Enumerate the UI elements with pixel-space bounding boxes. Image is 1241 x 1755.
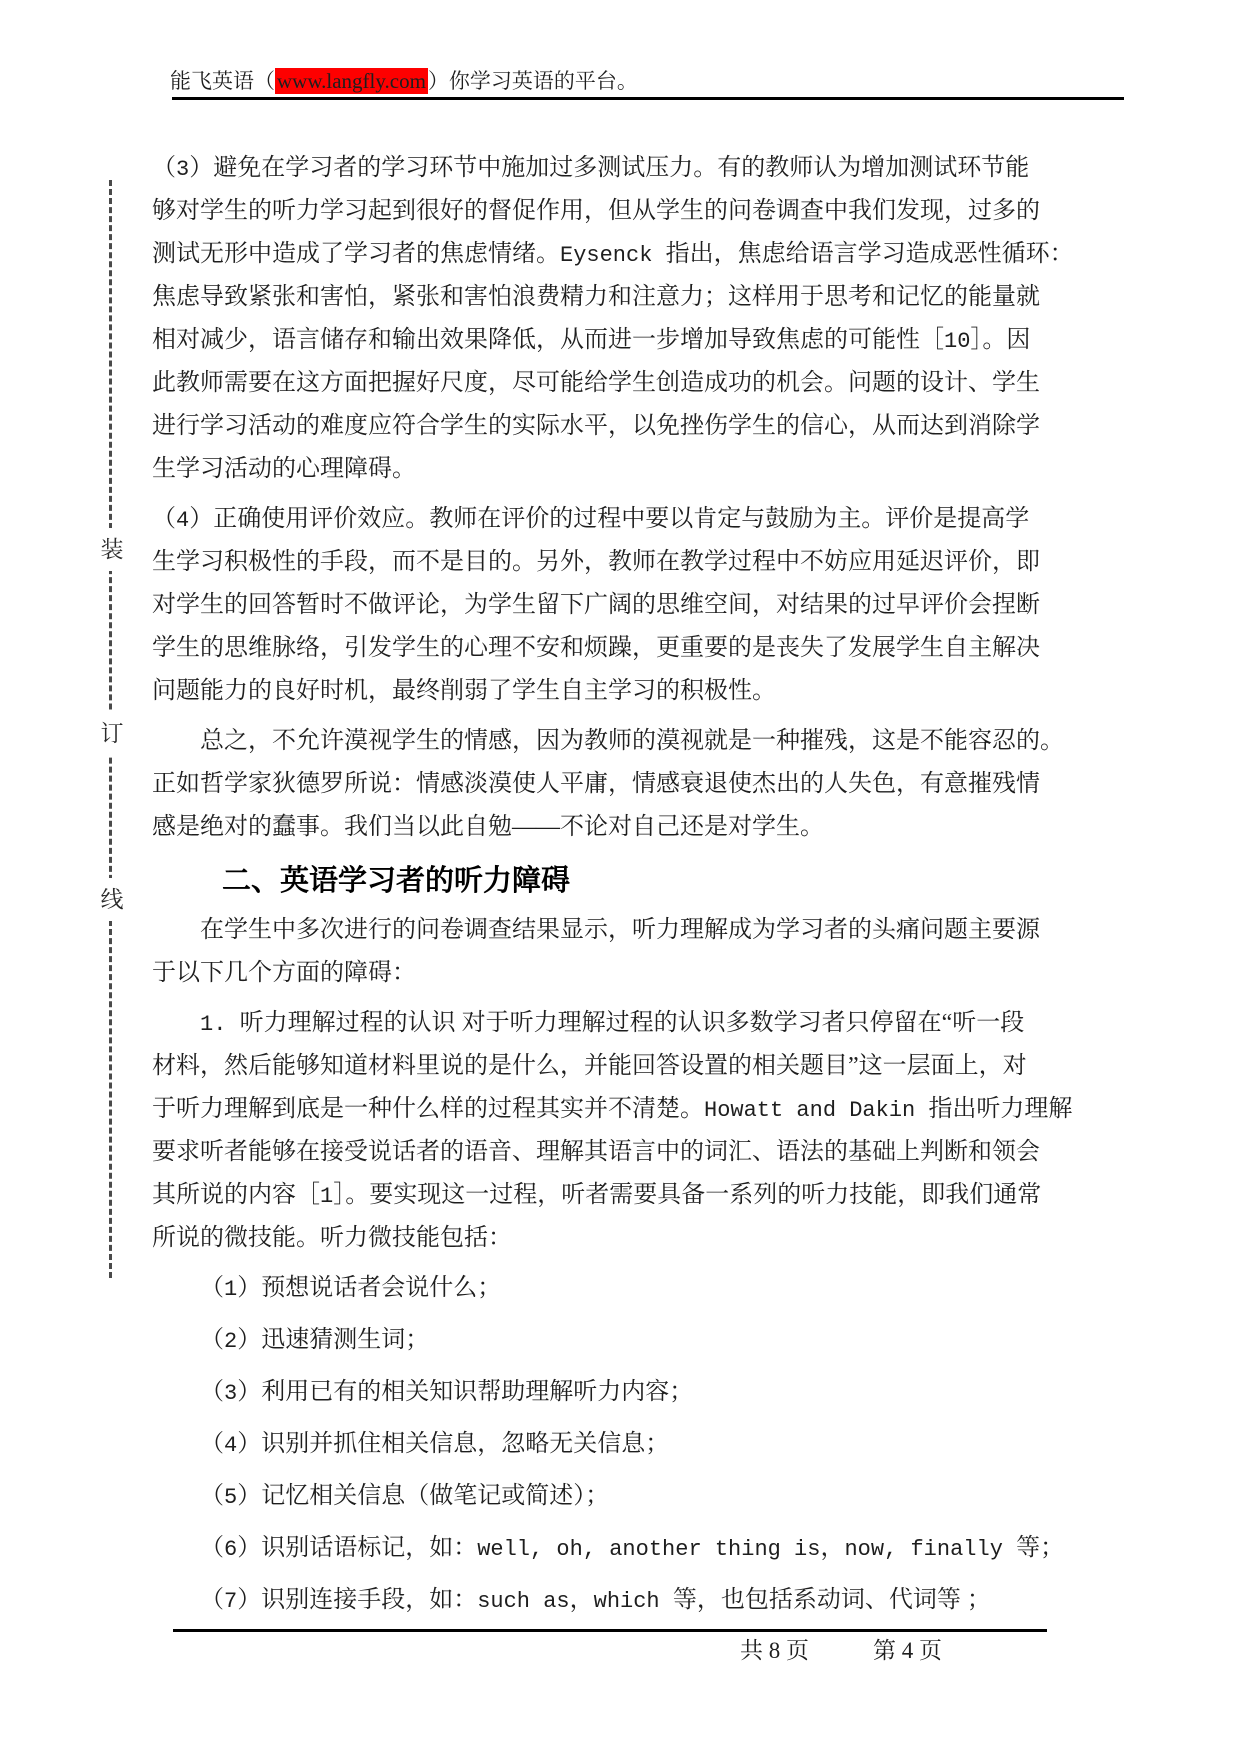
text-line: （4）正确使用评价效应。教师在评价的过程中要以肯定与鼓励为主。评价是提高学	[152, 498, 1052, 541]
list-item: （3）利用已有的相关知识帮助理解听力内容；	[152, 1371, 1052, 1414]
text-line: （3）利用已有的相关知识帮助理解听力内容；	[152, 1371, 1052, 1414]
text-line: 生学习积极性的手段，而不是目的。另外，教师在教学过程中不妨应用延迟评价，即	[152, 541, 1052, 584]
text-line: （2）迅速猜测生词；	[152, 1319, 1052, 1362]
paragraph: 总之，不允许漠视学生的情感，因为教师的漠视就是一种摧残，这是不能容忍的。正如哲学…	[152, 720, 1052, 849]
text-line: 于听力理解到底是一种什么样的过程其实并不清楚。Howatt and Dakin …	[152, 1088, 1052, 1131]
text-line: 在学生中多次进行的问卷调查结果显示，听力理解成为学习者的头痛问题主要源	[152, 909, 1052, 952]
page-header: 能飞英语（www.langfly.com）你学习英语的平台。	[170, 68, 638, 94]
list-item: （2）迅速猜测生词；	[152, 1319, 1052, 1362]
current-page-label: 第 4 页	[873, 1636, 942, 1666]
text-line: 正如哲学家狄德罗所说：情感淡漠使人平庸，情感衰退使杰出的人失色，有意摧残情	[152, 763, 1052, 806]
text-line: 生学习活动的心理障碍。	[152, 448, 1052, 491]
total-pages-label: 共 8 页	[740, 1636, 809, 1666]
document-page: 能飞英语（www.langfly.com）你学习英语的平台。 装 订 线 （3）…	[0, 0, 1241, 1755]
footer-rule	[173, 1629, 1047, 1632]
paragraph: （4）正确使用评价效应。教师在评价的过程中要以肯定与鼓励为主。评价是提高学生学习…	[152, 498, 1052, 713]
paragraph: 1. 听力理解过程的认识 对于听力理解过程的认识多数学习者只停留在“听一段材料，…	[152, 1002, 1052, 1260]
header-text-prefix: 能飞英语（	[170, 69, 275, 93]
text-line: 总之，不允许漠视学生的情感，因为教师的漠视就是一种摧残，这是不能容忍的。	[152, 720, 1052, 763]
text-line: 感是绝对的蠢事。我们当以此自勉——不论对自己还是对学生。	[152, 806, 1052, 849]
text-line: （5）记忆相关信息（做笔记或简述）；	[152, 1475, 1052, 1518]
text-line: 材料，然后能够知道材料里说的是什么，并能回答设置的相关题目”这一层面上，对	[152, 1045, 1052, 1088]
text-line: 要求听者能够在接受说话者的语音、理解其语言中的词汇、语法的基础上判断和领会	[152, 1131, 1052, 1174]
text-line: （1）预想说话者会说什么；	[152, 1267, 1052, 1310]
header-text-suffix: ）你学习英语的平台。	[428, 69, 638, 93]
list-item: （1）预想说话者会说什么；	[152, 1267, 1052, 1310]
text-line: 够对学生的听力学习起到很好的督促作用，但从学生的问卷调查中我们发现，过多的	[152, 190, 1052, 233]
list-item: （4）识别并抓住相关信息，忽略无关信息；	[152, 1423, 1052, 1466]
text-line: （3）避免在学习者的学习环节中施加过多测试压力。有的教师认为增加测试环节能	[152, 147, 1052, 190]
text-line: 所说的微技能。听力微技能包括：	[152, 1217, 1052, 1260]
list-item: （7）识别连接手段，如：such as，which 等，也包括系动词、代词等 ；	[152, 1579, 1052, 1622]
text-line: 测试无形中造成了学习者的焦虑情绪。Eysenck 指出，焦虑给语言学习造成恶性循…	[152, 233, 1052, 276]
document-body: （3）避免在学习者的学习环节中施加过多测试压力。有的教师认为增加测试环节能够对学…	[152, 147, 1052, 1631]
binding-char-zhuang: 装	[99, 528, 125, 571]
section-heading: 二、英语学习者的听力障碍	[152, 859, 1052, 903]
text-line: 相对减少，语言储存和输出效果降低，从而进一步增加导致焦虑的可能性［10］。因	[152, 319, 1052, 362]
binding-char-xian: 线	[99, 878, 125, 921]
text-line: 于以下几个方面的障碍：	[152, 952, 1052, 995]
paragraph: 在学生中多次进行的问卷调查结果显示，听力理解成为学习者的头痛问题主要源于以下几个…	[152, 909, 1052, 995]
text-line: 其所说的内容［1］。要实现这一过程，听者需要具备一系列的听力技能，即我们通常	[152, 1174, 1052, 1217]
text-line: 进行学习活动的难度应符合学生的实际水平，以免挫伤学生的信心，从而达到消除学	[152, 405, 1052, 448]
page-footer: 共 8 页 第 4 页	[740, 1636, 942, 1666]
text-line: 1. 听力理解过程的认识 对于听力理解过程的认识多数学习者只停留在“听一段	[152, 1002, 1052, 1045]
text-line: 此教师需要在这方面把握好尺度，尽可能给学生创造成功的机会。问题的设计、学生	[152, 362, 1052, 405]
binding-char-ding: 订	[99, 712, 125, 755]
text-line: 焦虑导致紧张和害怕，紧张和害怕浪费精力和注意力；这样用于思考和记忆的能量就	[152, 276, 1052, 319]
text-line: 对学生的回答暂时不做评论，为学生留下广阔的思维空间，对结果的过早评价会捏断	[152, 584, 1052, 627]
header-rule	[172, 97, 1124, 100]
paragraph: （3）避免在学习者的学习环节中施加过多测试压力。有的教师认为增加测试环节能够对学…	[152, 147, 1052, 491]
text-line: 问题能力的良好时机，最终削弱了学生自主学习的积极性。	[152, 670, 1052, 713]
text-line: （4）识别并抓住相关信息，忽略无关信息；	[152, 1423, 1052, 1466]
site-url-highlight: www.langfly.com	[275, 68, 428, 94]
text-line: （6）识别话语标记，如：well, oh, another thing is，n…	[152, 1527, 1052, 1570]
text-line: 学生的思维脉络，引发学生的心理不安和烦躁，更重要的是丧失了发展学生自主解决	[152, 627, 1052, 670]
list-item: （6）识别话语标记，如：well, oh, another thing is，n…	[152, 1527, 1052, 1570]
text-line: （7）识别连接手段，如：such as，which 等，也包括系动词、代词等 ；	[152, 1579, 1052, 1622]
list-item: （5）记忆相关信息（做笔记或简述）；	[152, 1475, 1052, 1518]
